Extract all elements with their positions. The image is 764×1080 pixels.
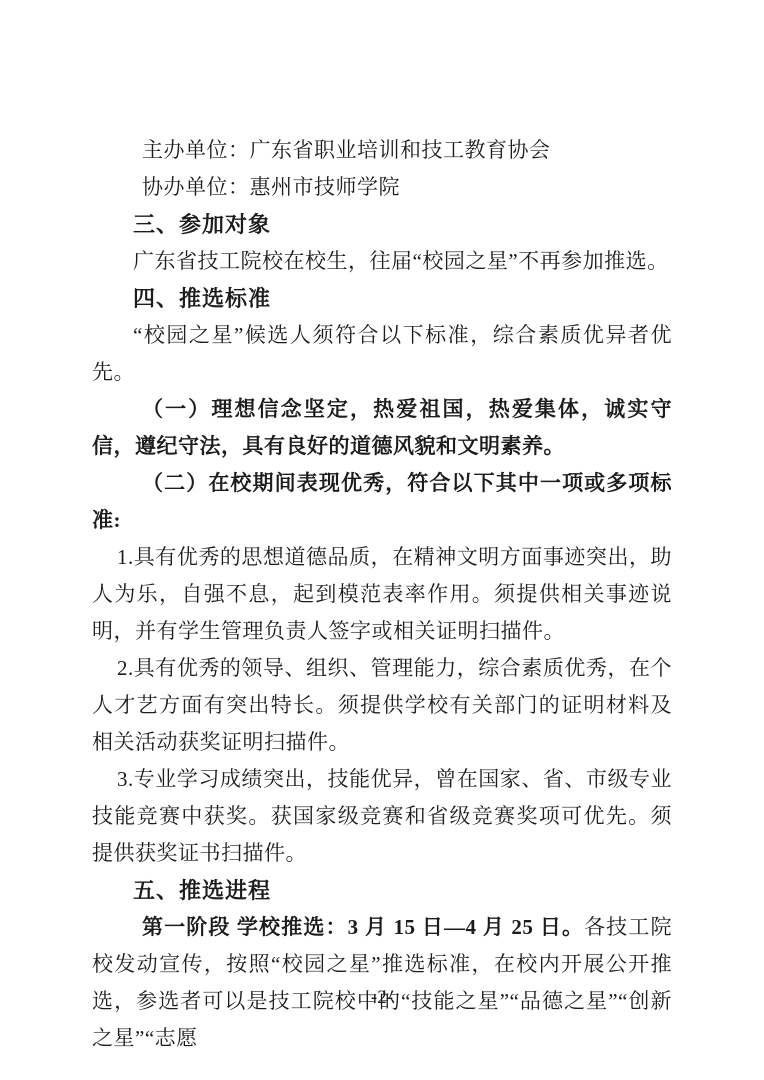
document-page: 主办单位：广东省职业培训和技工教育协会 协办单位：惠州市技师学院 三、参加对象 …	[0, 0, 764, 1080]
section-heading-criteria: 四、推选标准	[92, 280, 672, 317]
para-host-organizer: 主办单位：广东省职业培训和技工教育协会	[92, 132, 672, 169]
para-criteria-1: （一）理想信念坚定，热爱祖国，热爱集体，诚实守信，遵纪守法，具有良好的道德风貌和…	[92, 391, 672, 465]
para-criteria-intro: “校园之星”候选人须符合以下标准，综合素质优异者优先。	[92, 317, 672, 391]
para-participants: 广东省技工院校在校生，往届“校园之星”不再参加推选。	[92, 243, 672, 280]
para-standard-item-1: 1.具有优秀的思想道德品质，在精神文明方面事迹突出，助人为乐，自强不息，起到模范…	[92, 539, 672, 650]
para-standard-item-3: 3.专业学习成绩突出，技能优异，曾在国家、省、市级专业技能竞赛中获奖。获国家级竞…	[92, 761, 672, 872]
section-heading-participants: 三、参加对象	[92, 206, 672, 243]
para-co-organizer: 协办单位：惠州市技师学院	[92, 169, 672, 206]
para-stage1: 第一阶段 学校推选：3 月 15 日—4 月 25 日。各技工院校发动宣传，按照…	[92, 909, 672, 1057]
page-number: -2-	[371, 987, 393, 1008]
page-footer: -2-	[0, 986, 764, 1010]
para-criteria-2: （二）在校期间表现优秀，符合以下其中一项或多项标准:	[92, 465, 672, 539]
document-body: 主办单位：广东省职业培训和技工教育协会 协办单位：惠州市技师学院 三、参加对象 …	[92, 132, 672, 1057]
section-heading-process: 五、推选进程	[92, 872, 672, 909]
stage1-bold-lead: 第一阶段 学校推选：3 月 15 日—4 月 25 日。	[142, 915, 584, 939]
para-standard-item-2: 2.具有优秀的领导、组织、管理能力，综合素质优秀，在个人才艺方面有突出特长。须提…	[92, 650, 672, 761]
